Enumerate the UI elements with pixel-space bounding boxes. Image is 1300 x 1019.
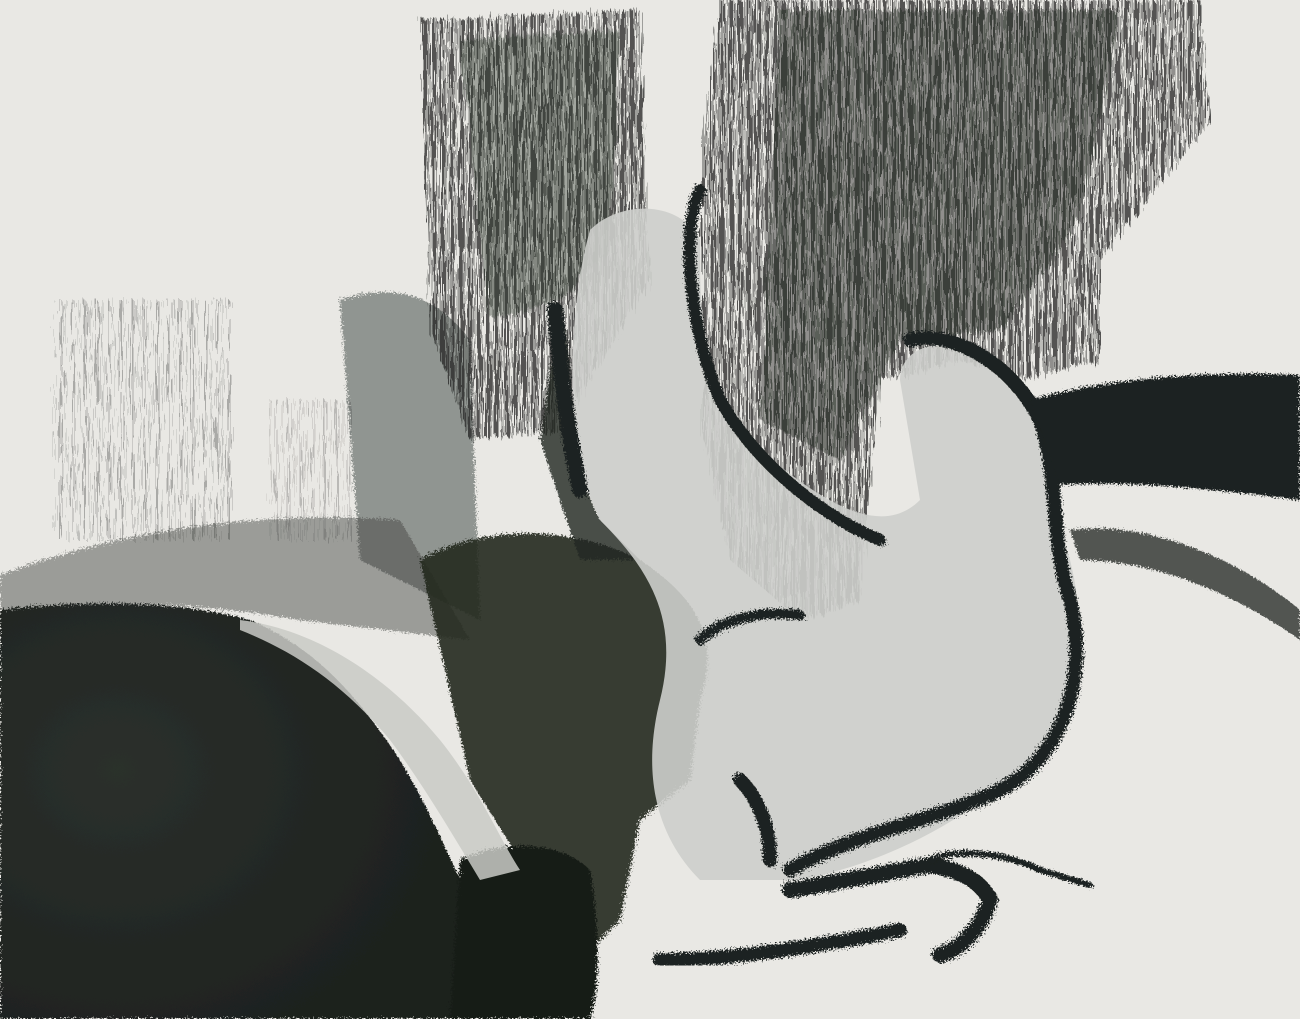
monotype-artwork <box>0 0 1300 1019</box>
